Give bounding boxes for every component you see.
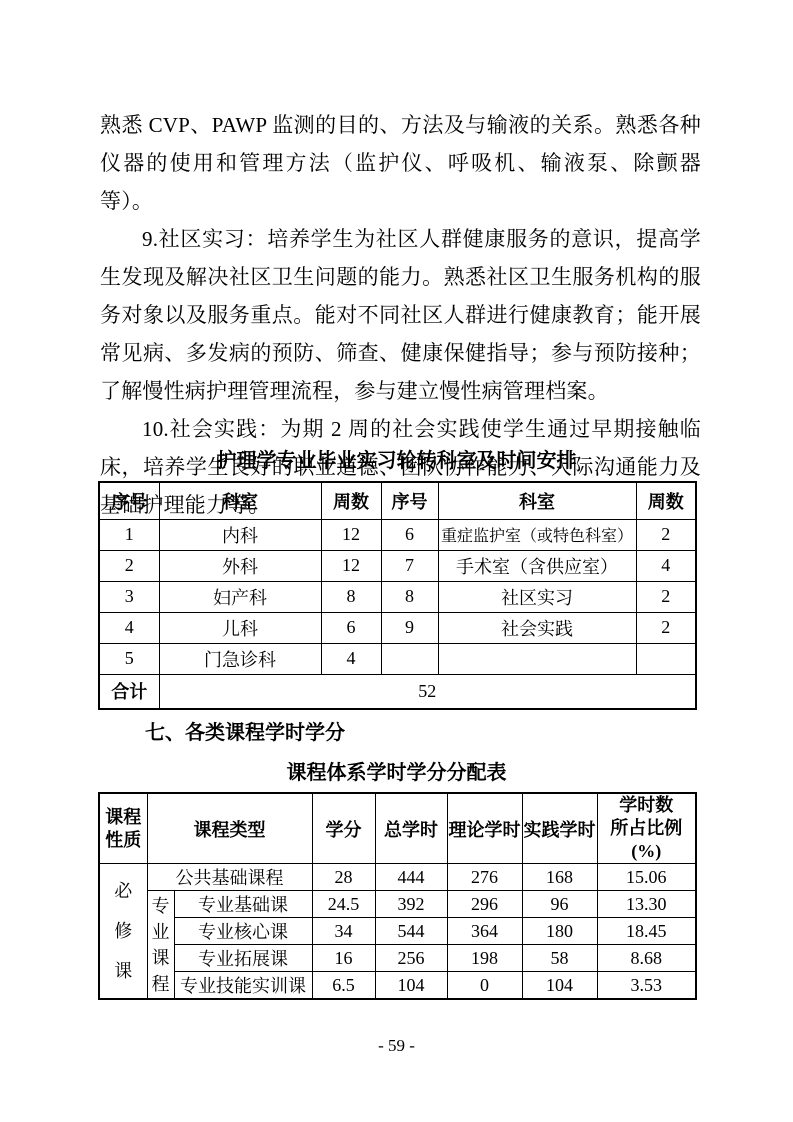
- professional-course-group-cell: 专业课程: [147, 891, 174, 1000]
- section-heading: 七、各类课程学时学分: [145, 716, 345, 745]
- cell-weeks: 2: [636, 612, 696, 643]
- cell-dept: 妇产科: [159, 581, 321, 612]
- cell-seq: 9: [381, 612, 438, 643]
- cell-theory-hours: 276: [447, 864, 522, 891]
- table-row: 必修课 公共基础课程 28 444 276 168 15.06: [99, 864, 696, 891]
- column-header-hours-percent: 学时数 所占比例(%): [597, 793, 696, 864]
- cell-weeks: 4: [321, 643, 381, 674]
- credit-table-header-row: 课程 性质 课程类型 学分 总学时 理论学时 实践学时 学时数 所占比例(%): [99, 793, 696, 864]
- table-total-row: 合计 52: [99, 674, 696, 709]
- cell-theory-hours: 364: [447, 918, 522, 945]
- column-header-total-hours: 总学时: [375, 793, 447, 864]
- cell-practice-hours: 58: [522, 945, 597, 972]
- cell-dept: 内科: [159, 519, 321, 550]
- cell-dept: 重症监护室（或特色科室）: [438, 519, 636, 550]
- cell-seq: 1: [99, 519, 159, 550]
- cell-dept-empty: [438, 643, 636, 674]
- header-line: 性质: [100, 829, 147, 852]
- cell-practice-hours: 104: [522, 972, 597, 1000]
- header-line: 所占比例(%): [598, 817, 696, 863]
- cell-credits: 24.5: [312, 891, 375, 918]
- cell-dept: 手术室（含供应室）: [438, 550, 636, 581]
- cell-dept: 社会实践: [438, 612, 636, 643]
- cell-percent: 15.06: [597, 864, 696, 891]
- cell-theory-hours: 198: [447, 945, 522, 972]
- cell-credits: 34: [312, 918, 375, 945]
- cell-weeks: 12: [321, 550, 381, 581]
- header-line: 课程: [100, 806, 147, 829]
- cell-percent: 8.68: [597, 945, 696, 972]
- cell-seq: 2: [99, 550, 159, 581]
- cell-total-hours: 444: [375, 864, 447, 891]
- cell-seq-empty: [381, 643, 438, 674]
- column-header-credits: 学分: [312, 793, 375, 864]
- cell-course-type: 公共基础课程: [147, 864, 312, 891]
- cell-percent: 18.45: [597, 918, 696, 945]
- cell-course-type: 专业技能实训课: [174, 972, 312, 1000]
- cell-weeks: 12: [321, 519, 381, 550]
- cell-dept: 门急诊科: [159, 643, 321, 674]
- cell-percent: 3.53: [597, 972, 696, 1000]
- cell-course-type: 专业拓展课: [174, 945, 312, 972]
- cell-seq: 3: [99, 581, 159, 612]
- table-row: 4 儿科 6 9 社会实践 2: [99, 612, 696, 643]
- table-row: 专业课程 专业基础课 24.5 392 296 96 13.30: [99, 891, 696, 918]
- cell-weeks: 8: [321, 581, 381, 612]
- cell-practice-hours: 168: [522, 864, 597, 891]
- total-label-cell: 合计: [99, 674, 159, 709]
- paragraph-community-practicum: 9.社区实习：培养学生为社区人群健康服务的意识，提高学生发现及解决社区卫生问题的…: [100, 220, 701, 410]
- cell-weeks-empty: [636, 643, 696, 674]
- cell-weeks: 4: [636, 550, 696, 581]
- credit-table: 课程 性质 课程类型 学分 总学时 理论学时 实践学时 学时数 所占比例(%) …: [98, 792, 697, 1000]
- cell-weeks: 2: [636, 519, 696, 550]
- column-header-weeks-left: 周数: [321, 482, 381, 519]
- cell-percent: 13.30: [597, 891, 696, 918]
- cell-dept: 儿科: [159, 612, 321, 643]
- cell-total-hours: 104: [375, 972, 447, 1000]
- cell-course-type: 专业核心课: [174, 918, 312, 945]
- cell-credits: 6.5: [312, 972, 375, 1000]
- cell-theory-hours: 0: [447, 972, 522, 1000]
- page-number: - 59 -: [0, 1036, 793, 1056]
- cell-seq: 5: [99, 643, 159, 674]
- required-group-label: 必修课: [113, 871, 133, 991]
- column-header-dept-left: 科室: [159, 482, 321, 519]
- table-row: 5 门急诊科 4: [99, 643, 696, 674]
- table-row: 2 外科 12 7 手术室（含供应室） 4: [99, 550, 696, 581]
- required-course-group-cell: 必修课: [99, 864, 147, 1000]
- cell-total-hours: 256: [375, 945, 447, 972]
- cell-seq: 7: [381, 550, 438, 581]
- table-row: 1 内科 12 6 重症监护室（或特色科室） 2: [99, 519, 696, 550]
- paragraph-cvp-pawp: 熟悉 CVP、PAWP 监测的目的、方法及与输液的关系。熟悉各种仪器的使用和管理…: [100, 106, 701, 220]
- column-header-seq-right: 序号: [381, 482, 438, 519]
- column-header-seq-left: 序号: [99, 482, 159, 519]
- cell-total-hours: 392: [375, 891, 447, 918]
- credit-table-title: 课程体系学时学分分配表: [0, 756, 793, 785]
- total-value-cell: 52: [159, 674, 696, 709]
- cell-total-hours: 544: [375, 918, 447, 945]
- column-header-course-type: 课程类型: [147, 793, 312, 864]
- column-header-theory-hours: 理论学时: [447, 793, 522, 864]
- table-row: 3 妇产科 8 8 社区实习 2: [99, 581, 696, 612]
- header-line: 学时数: [598, 794, 696, 817]
- table-row: 专业拓展课 16 256 198 58 8.68: [99, 945, 696, 972]
- document-page: 熟悉 CVP、PAWP 监测的目的、方法及与输液的关系。熟悉各种仪器的使用和管理…: [0, 0, 793, 1122]
- cell-dept: 社区实习: [438, 581, 636, 612]
- rotation-table-header-row: 序号 科室 周数 序号 科室 周数: [99, 482, 696, 519]
- cell-weeks: 2: [636, 581, 696, 612]
- cell-weeks: 6: [321, 612, 381, 643]
- cell-dept: 外科: [159, 550, 321, 581]
- cell-theory-hours: 296: [447, 891, 522, 918]
- professional-group-label: 专业课程: [151, 893, 171, 997]
- column-header-weeks-right: 周数: [636, 482, 696, 519]
- cell-practice-hours: 180: [522, 918, 597, 945]
- table-row: 专业技能实训课 6.5 104 0 104 3.53: [99, 972, 696, 1000]
- rotation-table: 序号 科室 周数 序号 科室 周数 1 内科 12 6 重症监护室（或特色科室）…: [98, 481, 697, 710]
- cell-seq: 6: [381, 519, 438, 550]
- table-row: 专业核心课 34 544 364 180 18.45: [99, 918, 696, 945]
- cell-course-type: 专业基础课: [174, 891, 312, 918]
- cell-practice-hours: 96: [522, 891, 597, 918]
- column-header-course-nature: 课程 性质: [99, 793, 147, 864]
- cell-credits: 16: [312, 945, 375, 972]
- column-header-dept-right: 科室: [438, 482, 636, 519]
- cell-credits: 28: [312, 864, 375, 891]
- cell-seq: 4: [99, 612, 159, 643]
- cell-seq: 8: [381, 581, 438, 612]
- column-header-practice-hours: 实践学时: [522, 793, 597, 864]
- rotation-table-title: 护理学专业毕业实习轮转科室及时间安排: [0, 444, 793, 473]
